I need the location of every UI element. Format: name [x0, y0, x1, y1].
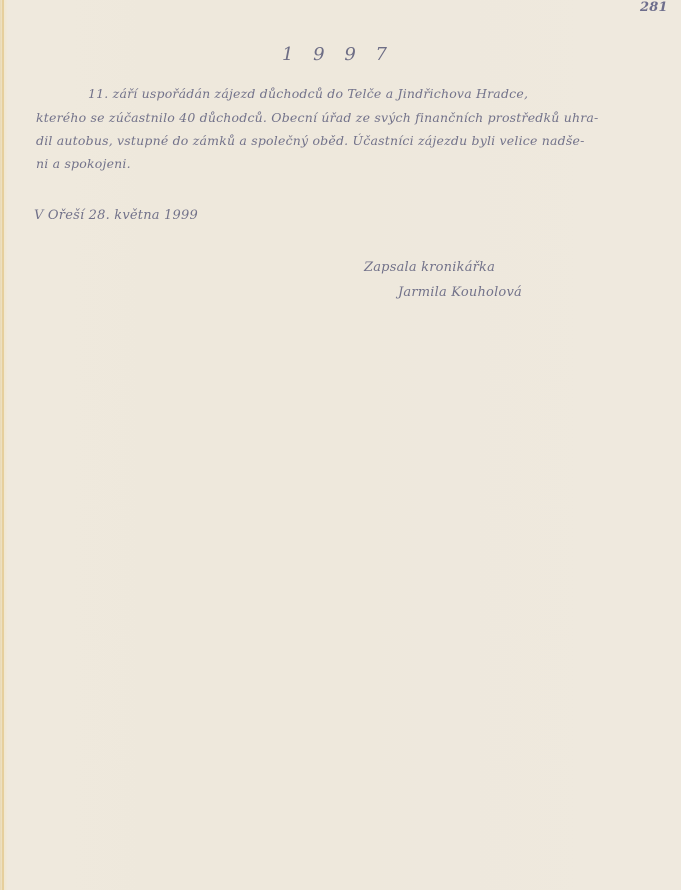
page-number: 281: [640, 0, 668, 15]
entry-line: kterého se zúčastnilo 40 důchodců. Obecn…: [36, 110, 598, 125]
chronicle-page: 281 1 9 9 7 11. září uspořádán zájezd dů…: [0, 0, 681, 890]
place-date-line: V Ořeší 28. května 1999: [34, 208, 198, 223]
entry-line: ni a spokojeni.: [36, 156, 131, 171]
entry-line: dil autobus, vstupné do zámků a společný…: [36, 133, 585, 148]
year-heading: 1 9 9 7: [282, 44, 394, 65]
entry-line: 11. září uspořádán zájezd důchodců do Te…: [88, 86, 528, 101]
signature-role: Zapsala kronikářka: [364, 260, 495, 275]
signature-name: Jarmila Kouholová: [398, 285, 522, 300]
